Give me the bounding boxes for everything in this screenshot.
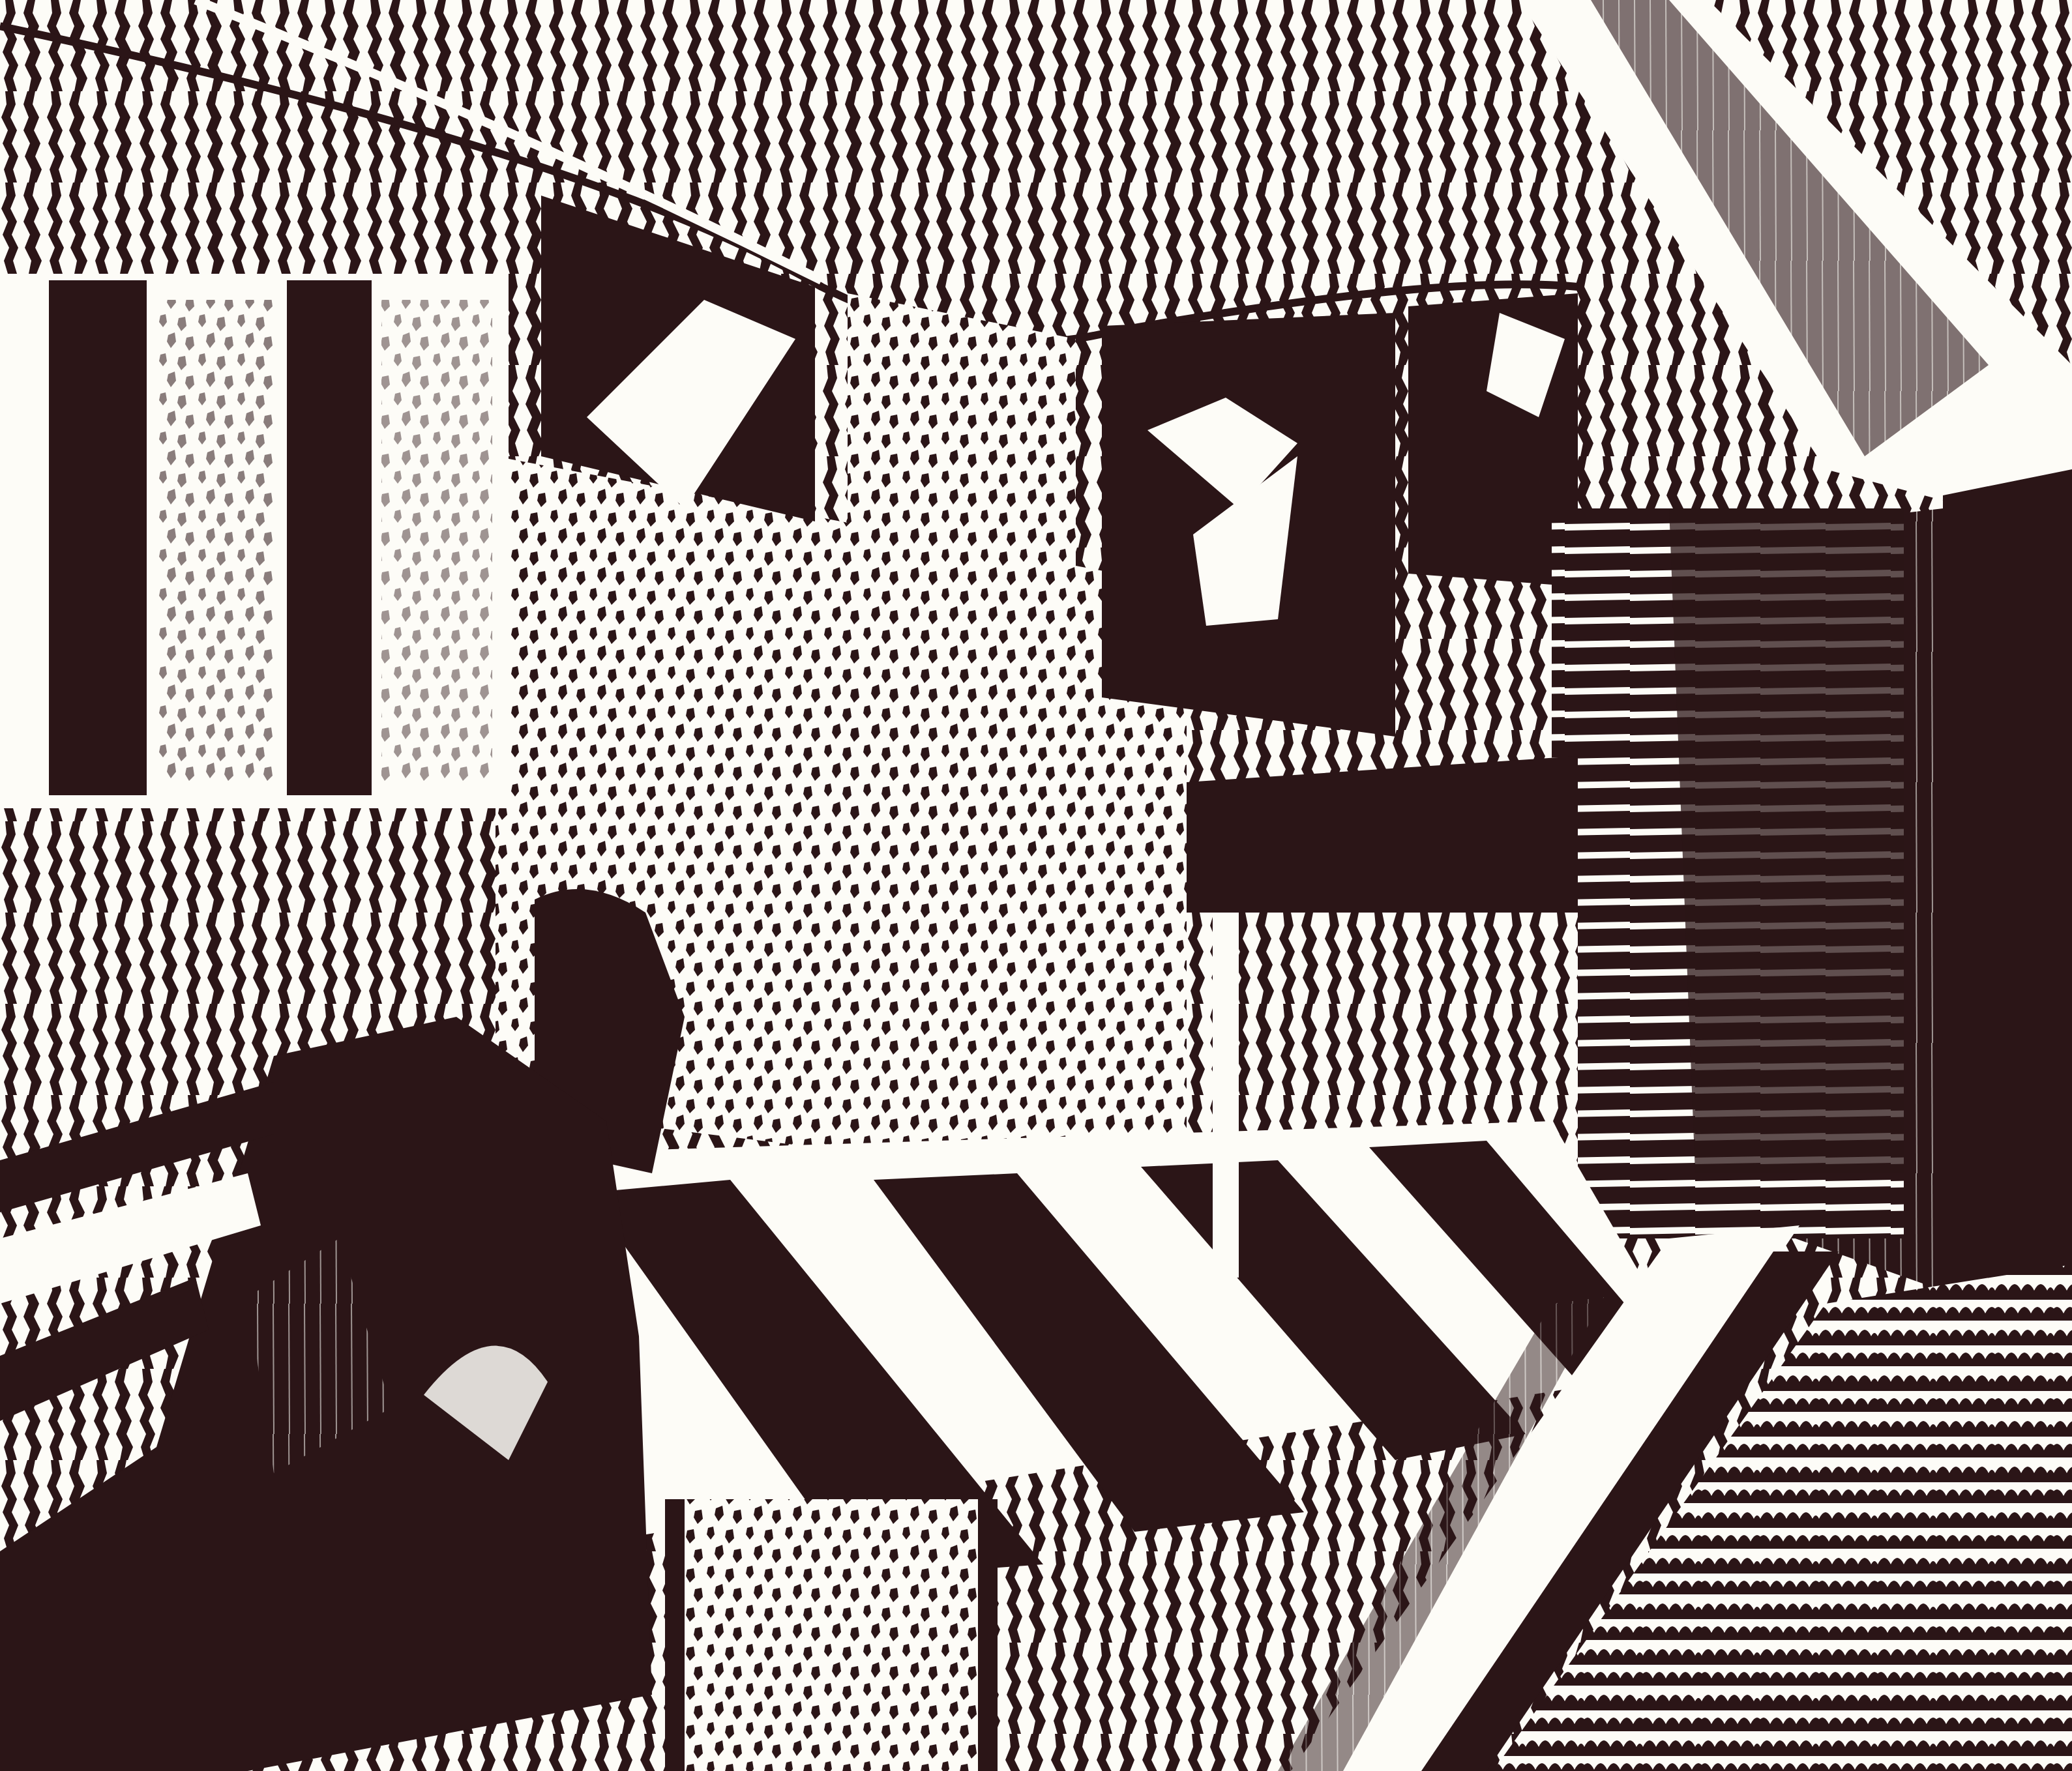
post xyxy=(1213,913,1239,1278)
woodcut-artwork xyxy=(0,0,2072,1771)
staircase xyxy=(1552,508,1904,1238)
landing xyxy=(1187,756,1578,926)
window-panels xyxy=(0,274,509,808)
right-wall xyxy=(1943,469,2072,1291)
